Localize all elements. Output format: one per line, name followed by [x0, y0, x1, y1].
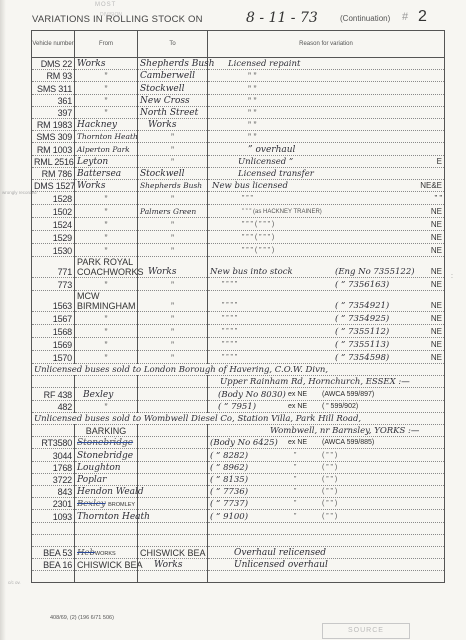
from-cell: ”	[75, 106, 138, 118]
table-row: 1529””” ” ” ( ” ” ” )NE	[32, 231, 445, 244]
vehicle-cell: 361	[32, 94, 75, 106]
table-row: 3722Poplar( ” 8135)”( ” ” )	[32, 473, 445, 485]
from-correction: BROMLEY	[108, 502, 135, 508]
form-code: 408/69, (2) (196 6/71 506)	[50, 615, 114, 621]
blank-row	[32, 534, 445, 546]
faint-stamp: MOST	[95, 2, 116, 8]
code: NE	[431, 314, 442, 324]
body-number: ( ” 7951)	[218, 402, 256, 412]
vehicle-cell: 1568	[32, 325, 75, 338]
registration-ref: (AWCA 599/885)	[322, 438, 374, 448]
from-struck: Heb	[77, 548, 95, 558]
vehicle-cell: SMS 311	[32, 82, 75, 94]
to-cell: ”	[138, 192, 208, 205]
table-row: 771PARK ROYAL COACHWORKSWorksNew bus int…	[32, 257, 445, 278]
reason-cell: ( ” 9100)”( ” ” )	[208, 510, 445, 522]
from-cell: Battersea	[75, 167, 138, 179]
reason-cell: ” overhaul	[208, 143, 445, 155]
reason-cell: New bus licensedNE&E	[208, 179, 445, 191]
body-number: ( ” 9100)	[210, 512, 248, 522]
to-cell: ”	[138, 278, 208, 291]
reason-cell: (Body No 6425)ex NE(AWCA 599/885)	[208, 437, 445, 449]
from-cell: Bexley	[75, 388, 138, 400]
vehicle-cell: 1570	[32, 351, 75, 364]
registration-ref: ( ” ” )	[322, 463, 337, 473]
code: NE	[431, 340, 442, 350]
reason-cell: ” ”	[208, 82, 445, 94]
body-number: ( ” 8962)	[210, 463, 248, 473]
table-row: 1524””” ” ” ( ” ” ” )NE	[32, 218, 445, 231]
table-row: RM 1003Alperton Park”” overhaul	[32, 143, 445, 155]
reason-cell: ( ” 8135)”( ” ” )	[208, 473, 445, 485]
to-cell: Palmers Green	[138, 205, 208, 218]
from-cell: ”	[75, 312, 138, 325]
rolling-stock-table: Vehicle number From To Reason for variat…	[31, 30, 445, 583]
to-cell: ”	[138, 338, 208, 351]
ex-note: ”	[294, 487, 296, 497]
body-number: ( ” 8282)	[210, 451, 248, 461]
vehicle-cell: SMS 309	[32, 131, 75, 143]
ex-note: ex NE	[288, 390, 307, 400]
reason-cell: ( ” 7736)”( ” ” )	[208, 485, 445, 497]
engine-number: (Eng No 7355122)	[335, 267, 415, 277]
to-cell: Shepherds Bush	[138, 58, 208, 70]
reason-cell: ( ” 7951)ex NE( ” 599/902)	[208, 400, 445, 412]
table-row: RF 438Bexley(Body No 8030)ex NE(AWCA 599…	[32, 388, 445, 400]
to-cell: ”	[138, 218, 208, 231]
to-cell: ”	[138, 244, 208, 257]
from-cell: Works	[75, 179, 138, 191]
to-cell: North Street	[138, 106, 208, 118]
code: NE	[431, 233, 442, 243]
registration-ref: ( ” ” )	[322, 451, 337, 461]
from-cell: ”	[75, 325, 138, 338]
vehicle-cell: 3044	[32, 449, 75, 461]
sale-note-row: Unlicensed buses sold to Wombwell Diesel…	[32, 412, 445, 424]
reason-cell: ” ”	[208, 106, 445, 118]
ex-note: ”	[294, 512, 296, 522]
vehicle-cell: 773	[32, 278, 75, 291]
table-row: 1569””” ” ” ”( ” 7355113)NE	[32, 338, 445, 351]
registration-ref: ( ” ” )	[322, 499, 337, 509]
reason-cell: ” ”	[208, 118, 445, 130]
vehicle-cell: 771	[32, 257, 75, 278]
reason-cell: ( ” 8962)”( ” ” )	[208, 461, 445, 473]
code: NE&E	[420, 181, 442, 191]
table-row: BEA 16CHISWICK BEAWorksUnlicensed overha…	[32, 559, 445, 571]
table-body: DMS 22WorksShepherds BushLicensed repain…	[32, 58, 445, 583]
table-row: 2301Bexley BROMLEY( ” 7737)”( ” ” )	[32, 498, 445, 510]
from-cell: ”	[75, 82, 138, 94]
reason-text: Unlicensed ”	[210, 157, 293, 167]
sale-note-wombwell-1: Unlicensed buses sold to Wombwell Diesel…	[34, 414, 361, 424]
to-cell: New Cross	[138, 94, 208, 106]
to-cell: Shepherds Bush	[138, 179, 208, 191]
table-row: 1563MCW BIRMINGHAM”” ” ” ”( ” 7354921)NE	[32, 291, 445, 312]
table-row: 3044Stonebridge( ” 8282)”( ” ” )	[32, 449, 445, 461]
from-cell: HebWORKS	[75, 546, 138, 558]
to-cell: ”	[138, 312, 208, 325]
from-cell: ”	[75, 94, 138, 106]
from-cell: Thornton Heath	[75, 510, 138, 522]
table-row: 361”New Cross” ”	[32, 94, 445, 106]
reason-cell: ” ” ” ”( ” 7355112)NE	[208, 325, 445, 338]
table-row: 1568””” ” ” ”( ” 7355112)NE	[32, 325, 445, 338]
sale-note-row: Upper Rainham Rd, Hornchurch, ESSEX :—	[32, 376, 445, 388]
reason-text: ” ” ” ”	[210, 341, 237, 348]
body-number: (Body No 6425)	[210, 438, 278, 448]
table-row: 1093Thornton Heath( ” 9100)”( ” ” )	[32, 510, 445, 522]
table-row: 1567””” ” ” ”( ” 7354925)NE	[32, 312, 445, 325]
from-cell: Bexley BROMLEY	[75, 498, 138, 510]
reason-cell: ” ” ” ”( ” 7354921)NE	[208, 291, 445, 312]
page-edge	[0, 0, 6, 640]
body-number: ( ” 7737)	[210, 499, 248, 509]
reason-cell: ” ”	[208, 131, 445, 143]
vehicle-cell: 1529	[32, 231, 75, 244]
code: NE	[431, 280, 442, 290]
vehicle-cell: RM 1003	[32, 143, 75, 155]
from-cell: ”	[75, 338, 138, 351]
table-row: 1528””” ” ”” ”	[32, 192, 445, 205]
vehicle-cell: 1502	[32, 205, 75, 218]
reason-cell: ” ” ” ( ” ” ” )NE	[208, 231, 445, 244]
to-cell: ”	[138, 291, 208, 312]
engine-number: ( ” 7355113)	[335, 340, 389, 350]
from-cell: Leyton	[75, 155, 138, 167]
registration-ref: ( ” ” )	[322, 487, 337, 497]
registration-ref: ( ” 599/902)	[322, 402, 358, 412]
vehicle-cell: 482	[32, 400, 75, 412]
reason-cell: ” ”	[208, 94, 445, 106]
from-cell: CHISWICK BEA	[75, 559, 138, 571]
code: NE	[431, 220, 442, 230]
from-cell: ”	[75, 192, 138, 205]
table-row: DMS 22WorksShepherds BushLicensed repain…	[32, 58, 445, 70]
engine-number: ( ” 7356163)	[335, 280, 389, 290]
to-cell: Works	[138, 118, 208, 130]
vehicle-cell: RM 786	[32, 167, 75, 179]
vehicle-cell: RF 438	[32, 388, 75, 400]
from-cell: Hendon Weald	[75, 485, 138, 497]
to-cell: ”	[138, 325, 208, 338]
reason-text: ” ” ” ”	[210, 328, 237, 335]
table-row: BEA 53HebWORKSCHISWICK BEAOverhaul relic…	[32, 546, 445, 558]
from-struck: Bexley	[77, 499, 106, 509]
margin-note-bea53: c/c ov.	[8, 580, 21, 585]
header-vehicle: Vehicle number	[32, 31, 75, 58]
header-reason: Reason for variation	[208, 31, 445, 58]
reason-text: New bus into stock	[210, 267, 293, 277]
vehicle-cell: 1569	[32, 338, 75, 351]
body-number: ( ” 8135)	[210, 475, 248, 485]
reason-cell: Unlicensed ”E	[208, 155, 445, 167]
ex-note: ex NE	[288, 438, 307, 448]
reason-text: ” ” ” ”	[210, 315, 237, 322]
page-mark: #	[402, 11, 408, 23]
engine-number: ( ” 7354921)	[335, 301, 389, 311]
reason-cell: ” ” ” ”( ” 7354598)NE	[208, 351, 445, 364]
engine-number: ( ” 7355112)	[335, 327, 389, 337]
from-cell: ”	[75, 351, 138, 364]
reason-cell: ” ” ”” ”	[208, 192, 445, 205]
registration-ref: ( ” ” )	[322, 475, 337, 485]
to-cell: ”	[138, 351, 208, 364]
ex-note: ex NE	[288, 402, 307, 412]
vehicle-cell: DMS 1527	[32, 179, 75, 191]
reason-cell: New bus into stock(Eng No 7355122)NE	[208, 257, 445, 278]
from-correction: BARKING	[75, 425, 138, 437]
to-cell: ”	[138, 143, 208, 155]
reason-cell: Wombwell, nr Barnsley, YORKS :—	[208, 425, 445, 437]
from-cell: ”	[75, 278, 138, 291]
from-cell: Works	[75, 58, 138, 70]
vehicle-cell: 1530	[32, 244, 75, 257]
to-cell: ”	[138, 155, 208, 167]
reason-cell: ( ” 7737)”( ” ” )	[208, 498, 445, 510]
code: NE	[431, 246, 442, 256]
from-cell: PARK ROYAL COACHWORKS	[75, 257, 138, 278]
table-row: SMS 311”Stockwell” ”	[32, 82, 445, 94]
reason-text: ” ” ” (as HACKNEY TRAINER)	[210, 209, 322, 215]
ex-note: ”	[294, 499, 296, 509]
reason-cell: ” ” ” ”( ” 7355113)NE	[208, 338, 445, 351]
sale-note-wombwell-2: Wombwell, nr Barnsley, YORKS :—	[210, 426, 419, 436]
ex-note: ”	[294, 475, 296, 485]
vehicle-cell: 843	[32, 485, 75, 497]
form-title: VARIATIONS IN ROLLING STOCK ON	[32, 14, 203, 25]
vehicle-cell: RT3580	[32, 437, 75, 449]
from-cell: Hackney	[75, 118, 138, 130]
reason-cell: Upper Rainham Rd, Hornchurch, ESSEX :—	[208, 376, 445, 388]
table-header: Vehicle number From To Reason for variat…	[32, 31, 445, 58]
from-cell: ”	[75, 205, 138, 218]
to-cell: Works	[138, 257, 208, 278]
source-stamp: SOURCE	[322, 623, 410, 639]
table-row: RM 1983HackneyWorks” ”	[32, 118, 445, 130]
vehicle-cell: BEA 53	[32, 546, 75, 558]
code: E	[437, 157, 442, 167]
from-cell: Loughton	[75, 461, 138, 473]
reason-cell: (Body No 8030)ex NE(AWCA 599/897)	[208, 388, 445, 400]
vehicle-cell: BEA 16	[32, 559, 75, 571]
sale-note-havering-2: Upper Rainham Rd, Hornchurch, ESSEX :—	[210, 377, 410, 387]
vehicle-cell: 2301	[32, 498, 75, 510]
body-number: (Body No 8030)	[218, 390, 286, 400]
from-cell: ”	[75, 218, 138, 231]
reason-cell: Overhaul relicensed	[208, 546, 445, 558]
engine-number: ( ” 7354598)	[335, 353, 389, 363]
code: NE	[431, 267, 442, 277]
reason-cell: ” ” ” (as HACKNEY TRAINER)NE	[208, 205, 445, 218]
reason-cell: ” ” ” ”( ” 7354925)NE	[208, 312, 445, 325]
reason-cell: ” ” ” ( ” ” ” )NE	[208, 244, 445, 257]
reason-cell: ” ”	[208, 70, 445, 82]
table-row: 397”North Street” ”	[32, 106, 445, 118]
code: NE	[431, 301, 442, 311]
header-to: To	[138, 31, 208, 58]
reason-cell: Unlicensed overhaul	[208, 559, 445, 571]
vehicle-cell: DMS 22	[32, 58, 75, 70]
margin-mark: :	[451, 273, 453, 280]
reason-text: New bus licensed	[210, 181, 288, 191]
to-cell: Works	[138, 559, 208, 571]
vehicle-cell: 1093	[32, 510, 75, 522]
vehicle-cell: 3722	[32, 473, 75, 485]
to-cell: Stockwell	[138, 82, 208, 94]
to-cell: Camberwell	[138, 70, 208, 82]
table-row: SMS 309Thornton Heath”” ”	[32, 131, 445, 143]
body-number: ( ” 7736)	[210, 487, 248, 497]
vehicle-cell: RM 93	[32, 70, 75, 82]
reason-text: Licensed repaint	[210, 59, 300, 69]
from-cell: ”	[75, 70, 138, 82]
reason-text: ” ” ” ( ” ” ” )	[210, 221, 274, 228]
vehicle-cell: 1563	[32, 291, 75, 312]
reason-text: ” ” ” ( ” ” ” )	[210, 234, 274, 241]
vehicle-cell: 397	[32, 106, 75, 118]
reason-text: Licensed transfer	[210, 169, 314, 179]
ex-note: ”	[294, 463, 296, 473]
reason-text: ” ” ” ”	[210, 281, 237, 288]
registration-ref: ( ” ” )	[322, 512, 337, 522]
sale-note-row: BARKINGWombwell, nr Barnsley, YORKS :—	[32, 425, 445, 437]
code: ” ”	[434, 194, 442, 204]
table-row: 1570””” ” ” ”( ” 7354598)NE	[32, 351, 445, 364]
table-row: RM 786BatterseaStockwellLicensed transfe…	[32, 167, 445, 179]
table-row: RM 93”Camberwell” ”	[32, 70, 445, 82]
sale-note-cell: Unlicensed buses sold to Wombwell Diesel…	[32, 412, 445, 424]
reason-cell: ” ” ” ”( ” 7356163)NE	[208, 278, 445, 291]
table-row: DMS 1527WorksShepherds BushNew bus licen…	[32, 179, 445, 191]
sale-note-row: Unlicensed buses sold to London Borough …	[32, 364, 445, 376]
reason-text: ” ” ” ( ” ” ” )	[210, 247, 274, 254]
reason-cell: ( ” 8282)”( ” ” )	[208, 449, 445, 461]
form-date: 8 - 11 - 73	[246, 10, 318, 26]
continuation-label: (Continuation)	[340, 14, 390, 23]
vehicle-cell: 1567	[32, 312, 75, 325]
table-row: 773””” ” ” ”( ” 7356163)NE	[32, 278, 445, 291]
to-cell: ”	[138, 231, 208, 244]
from-cell-struck: Stonebridge	[75, 437, 138, 449]
table-row: 482”( ” 7951)ex NE( ” 599/902)	[32, 400, 445, 412]
page-number: 2	[418, 8, 427, 26]
from-correction: WORKS	[95, 551, 116, 557]
reason-text: ” ” ” ”	[210, 302, 237, 309]
vehicle-cell: RML 2516	[32, 155, 75, 167]
table-row: 1502”Palmers Green” ” ” (as HACKNEY TRAI…	[32, 205, 445, 218]
ex-note: ”	[294, 451, 296, 461]
from-cell: Thornton Heath	[75, 131, 138, 143]
code: NE	[431, 207, 442, 217]
engine-number: ( ” 7354925)	[335, 314, 389, 324]
reason-cell: Licensed transfer	[208, 167, 445, 179]
from-cell: MCW BIRMINGHAM	[75, 291, 138, 312]
blank-row	[32, 522, 445, 534]
table-row: 1530””” ” ” ( ” ” ” )NE	[32, 244, 445, 257]
reason-cell: Licensed repaint	[208, 58, 445, 70]
table-row: RML 2516Leyton”Unlicensed ”E	[32, 155, 445, 167]
vehicle-cell: 1528	[32, 192, 75, 205]
reason-cell: ” ” ” ( ” ” ” )NE	[208, 218, 445, 231]
from-cell: ”	[75, 244, 138, 257]
to-cell: ”	[138, 131, 208, 143]
header-from: From	[75, 31, 138, 58]
reason-text: ” ” ”	[210, 195, 253, 202]
from-cell: ”	[75, 231, 138, 244]
to-cell: CHISWICK BEA	[138, 546, 208, 558]
registration-ref: (AWCA 599/897)	[322, 390, 374, 400]
table-row: 1768Loughton( ” 8962)”( ” ” )	[32, 461, 445, 473]
sale-note-cell: Unlicensed buses sold to London Borough …	[32, 364, 445, 376]
from-cell: Poplar	[75, 473, 138, 485]
code: NE	[431, 327, 442, 337]
table-row: RT3580Stonebridge(Body No 6425)ex NE(AWC…	[32, 437, 445, 449]
vehicle-cell: 1524	[32, 218, 75, 231]
to-cell: Stockwell	[138, 167, 208, 179]
blank-row	[32, 571, 445, 583]
vehicle-cell: 1768	[32, 461, 75, 473]
reason-text: ” ” ” ”	[210, 354, 237, 361]
from-cell: ”	[75, 400, 138, 412]
vehicle-cell: RM 1983	[32, 118, 75, 130]
sale-note-havering-1: Unlicensed buses sold to London Borough …	[34, 365, 328, 375]
code: NE	[431, 353, 442, 363]
from-cell: Alperton Park	[75, 143, 138, 155]
table-row: 843Hendon Weald( ” 7736)”( ” ” )	[32, 485, 445, 497]
from-cell: Stonebridge	[75, 449, 138, 461]
